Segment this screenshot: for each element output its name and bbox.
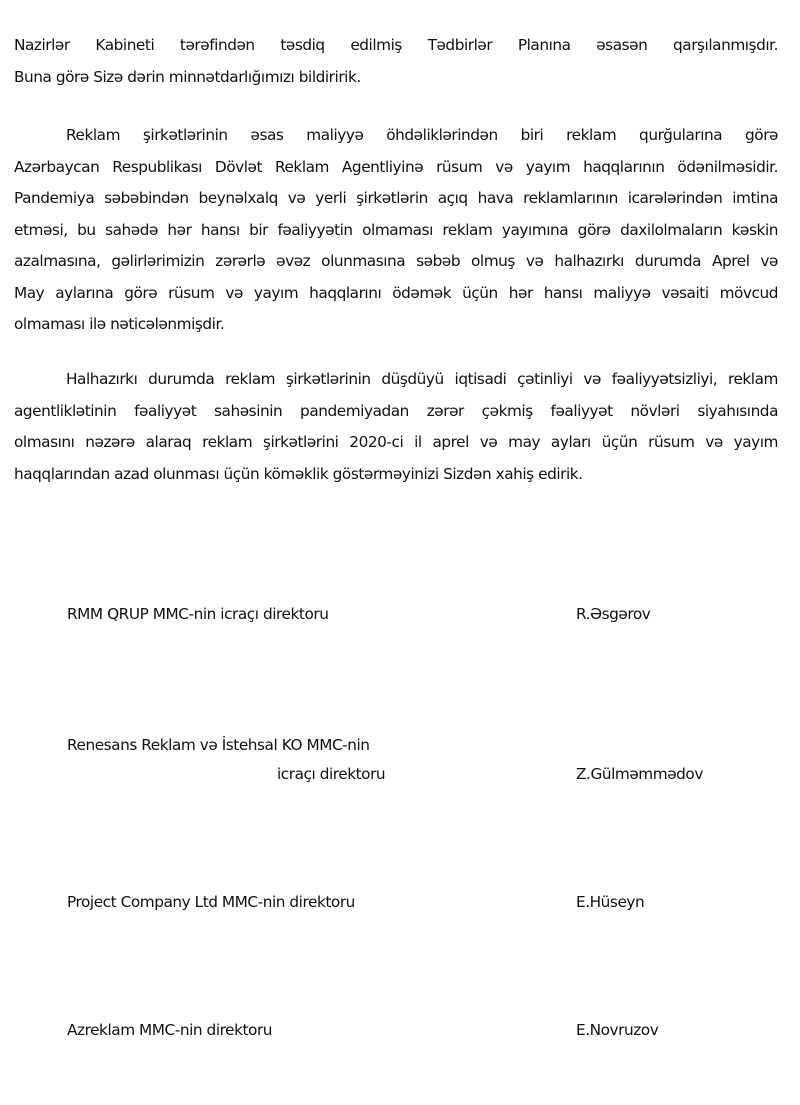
signature-title-renesans-line2: icraçı direktoru xyxy=(277,765,385,783)
text-line: olmaması ilə nəticələnmişdir. xyxy=(14,309,778,341)
signature-name-novruzov: E.Novruzov xyxy=(576,1021,658,1039)
document-page: Nazirlər Kabineti tərəfindən təsdiq edil… xyxy=(0,0,800,1105)
paragraph-gratitude: Nazirlər Kabineti tərəfindən təsdiq edil… xyxy=(14,30,778,93)
text-line: Reklam şirkətlərinin əsas maliyyə öhdəli… xyxy=(14,120,778,152)
text-line: etməsi, bu sahədə hər hansı bir fəaliyyə… xyxy=(14,215,778,247)
paragraph-obligations: Reklam şirkətlərinin əsas maliyyə öhdəli… xyxy=(14,120,778,341)
text-line: May aylarına görə rüsum və yayım haqqlar… xyxy=(14,278,778,310)
text-line: Buna görə Sizə dərin minnətdarlığımızı b… xyxy=(14,62,778,94)
signature-name-huseyn: E.Hüseyn xyxy=(576,893,644,911)
signature-title-rmm-qrup: RMM QRUP MMC-nin icraçı direktoru xyxy=(67,605,328,623)
text-line: azalmasına, gəlirlərimizin zərərlə əvəz … xyxy=(14,246,778,278)
signature-title-azreklam: Azreklam MMC-nin direktoru xyxy=(67,1021,272,1039)
text-line: Halhazırkı durumda reklam şirkətlərinin … xyxy=(14,364,778,396)
text-line: agentliklətinin fəaliyyət sahəsinin pand… xyxy=(14,396,778,428)
paragraph-request: Halhazırkı durumda reklam şirkətlərinin … xyxy=(14,364,778,490)
text-line: Nazirlər Kabineti tərəfindən təsdiq edil… xyxy=(14,30,778,62)
text-line: Pandemiya səbəbindən beynəlxalq və yerli… xyxy=(14,183,778,215)
text-line: Azərbaycan Respublikası Dövlət Reklam Ag… xyxy=(14,152,778,184)
signature-title-project-company: Project Company Ltd MMC-nin direktoru xyxy=(67,893,355,911)
text-line: olmasını nəzərə alaraq reklam şirkətləri… xyxy=(14,427,778,459)
text-line: haqqlarından azad olunması üçün köməklik… xyxy=(14,459,778,491)
signature-name-gulmammadov: Z.Gülməmmədov xyxy=(576,765,703,783)
signature-name-asgarov: R.Əsgərov xyxy=(576,605,650,623)
signature-title-renesans-line1: Renesans Reklam və İstehsal KO MMC-nin xyxy=(67,736,370,754)
